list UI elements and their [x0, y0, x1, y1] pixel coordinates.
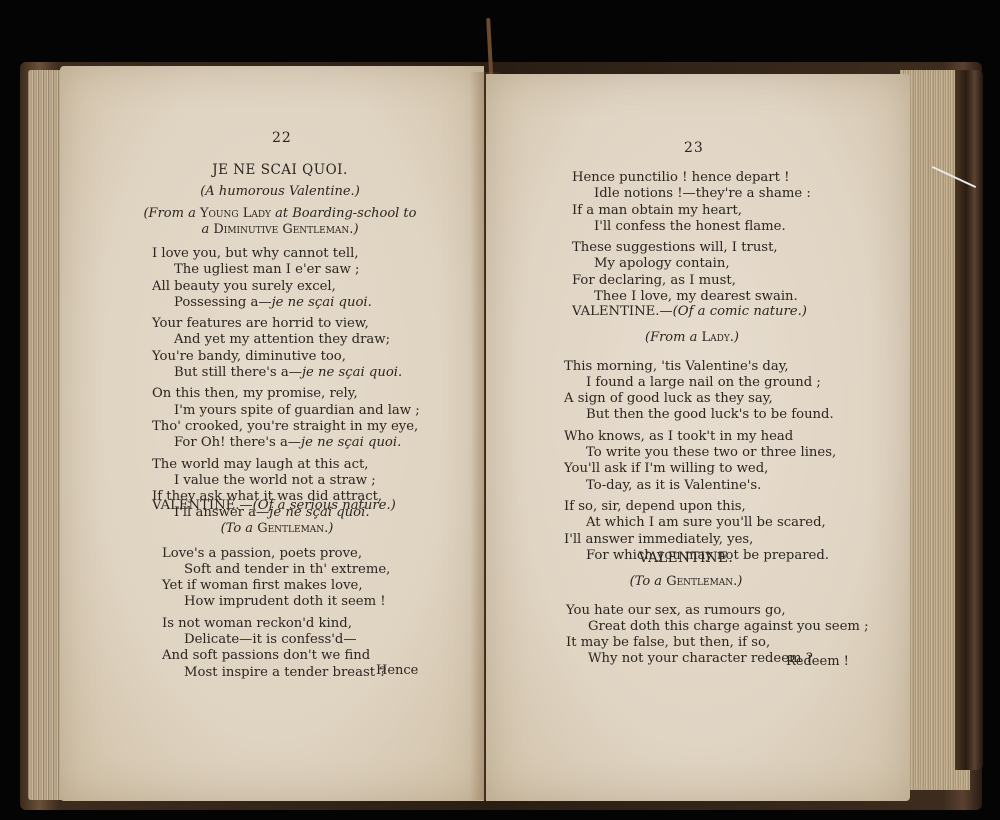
left-page: 22 JE NE SCAI QUOI. (A humorous Valentin…	[60, 66, 484, 801]
verse-line: It may be false, but then, if so,	[566, 635, 896, 651]
verse-line: Most inspire a tender breast ?	[162, 665, 482, 681]
stanza: Hence punctilio ! hence depart ! Idle no…	[572, 170, 892, 235]
right-page: 23 Hence punctilio ! hence depart ! Idle…	[486, 74, 910, 801]
verse-line: The ugliest man I e'er saw ;	[152, 262, 482, 278]
poem-title: VALENTINE.—(Of a serious nature.)	[152, 498, 482, 514]
verse-line: But then the good luck's to be found.	[564, 407, 892, 423]
poem-attribution: (From a Lady.)	[572, 330, 812, 346]
verse-line: I'll confess the honest flame.	[572, 219, 892, 235]
verse-line: The world may laugh at this act,	[152, 457, 482, 473]
stanza: Your features are horrid to view, And ye…	[152, 316, 482, 381]
poem-title: VALENTINE.	[566, 550, 806, 566]
poem-comic-valentine: VALENTINE.—(Of a comic nature.) (From a …	[572, 304, 892, 564]
verse-line: Your features are horrid to view,	[152, 316, 482, 332]
poem-serious-valentine: VALENTINE.—(Of a serious nature.) (To a …	[152, 498, 482, 681]
verse-line: If a man obtain my heart,	[572, 203, 892, 219]
verse-line: This morning, 'tis Valentine's day,	[564, 359, 892, 375]
verse-line: I love you, but why cannot tell,	[152, 246, 482, 262]
poem-title: VALENTINE.—(Of a comic nature.)	[572, 304, 892, 320]
verse-line: Thee I love, my dearest swain.	[572, 289, 892, 305]
page-number-left: 22	[272, 130, 292, 146]
stanza: These suggestions will, I trust, My apol…	[572, 240, 892, 305]
poem-attribution: (From a Young Lady at Boarding-school to	[110, 206, 450, 222]
page-number-right: 23	[684, 140, 704, 156]
verse-line: Great doth this charge against you seem …	[566, 619, 896, 635]
verse-line: To write you these two or three lines,	[564, 445, 892, 461]
poem-attribution-cont: a Diminutive Gentleman.)	[130, 222, 430, 238]
verse-line: A sign of good luck as they say,	[564, 391, 892, 407]
verse-line: My apology contain,	[572, 256, 892, 272]
book-spine-right	[955, 70, 983, 770]
verse-line: I'll answer immediately, yes,	[564, 532, 892, 548]
stanza: Who knows, as I took't in my head To wri…	[564, 429, 892, 494]
verse-line: You're bandy, diminutive too,	[152, 349, 482, 365]
verse-line: All beauty you surely excel,	[152, 279, 482, 295]
poem-attribution: (To a Gentleman.)	[566, 574, 806, 590]
catchword: Hence	[376, 663, 418, 678]
verse-line: Soft and tender in th' extreme,	[162, 562, 482, 578]
verse-line: You'll ask if I'm willing to wed,	[564, 461, 892, 477]
catchword: Redeem !	[786, 654, 849, 669]
verse-line: Possessing a—je ne sçai quoi.	[152, 295, 482, 311]
stanza: Is not woman reckon'd kind, Delicate—it …	[152, 616, 482, 681]
verse-line: And yet my attention they draw;	[152, 332, 482, 348]
stanza: On this then, my promise, rely, I'm your…	[152, 386, 482, 451]
verse-line: And soft passions don't we find	[162, 648, 482, 664]
stanza: Love's a passion, poets prove, Soft and …	[152, 546, 482, 611]
verse-line: Idle notions !—they're a shame :	[572, 186, 892, 202]
verse-line: If so, sir, depend upon this,	[564, 499, 892, 515]
verse-line: I'm yours spite of guardian and law ;	[152, 403, 482, 419]
verse-line: On this then, my promise, rely,	[152, 386, 482, 402]
poem-continuation: Hence punctilio ! hence depart ! Idle no…	[572, 170, 892, 305]
stanza: This morning, 'tis Valentine's day, I fo…	[564, 359, 892, 424]
verse-line: To-day, as it is Valentine's.	[564, 478, 892, 494]
verse-line: How imprudent doth it seem !	[162, 594, 482, 610]
verse-line: For Oh! there's a—je ne sçai quoi.	[152, 435, 482, 451]
verse-line: You hate our sex, as rumours go,	[566, 603, 896, 619]
poem-valentine-to-gentleman: VALENTINE. (To a Gentleman.) You hate ou…	[566, 550, 896, 668]
poem1-body: I love you, but why cannot tell, The ugl…	[152, 246, 482, 522]
poem-subtitle: (A humorous Valentine.)	[130, 184, 430, 200]
verse-line: Yet if woman first makes love,	[162, 578, 482, 594]
poem-attribution: (To a Gentleman.)	[152, 521, 402, 537]
verse-line: At which I am sure you'll be scared,	[564, 515, 892, 531]
verse-line: Is not woman reckon'd kind,	[162, 616, 482, 632]
verse-line: For declaring, as I must,	[572, 273, 892, 289]
verse-line: I found a large nail on the ground ;	[564, 375, 892, 391]
verse-line: These suggestions will, I trust,	[572, 240, 892, 256]
stanza: I love you, but why cannot tell, The ugl…	[152, 246, 482, 311]
verse-line: Who knows, as I took't in my head	[564, 429, 892, 445]
verse-line: Hence punctilio ! hence depart !	[572, 170, 892, 186]
verse-line: Love's a passion, poets prove,	[162, 546, 482, 562]
verse-line: Delicate—it is confess'd—	[162, 632, 482, 648]
verse-line: Tho' crooked, you're straight in my eye,	[152, 419, 482, 435]
verse-line: I value the world not a straw ;	[152, 473, 482, 489]
verse-line: But still there's a—je ne sçai quoi.	[152, 365, 482, 381]
poem-title: JE NE SCAI QUOI.	[130, 162, 430, 178]
poem-je-ne-scai-quoi: JE NE SCAI QUOI. (A humorous Valentine.)…	[130, 162, 430, 238]
